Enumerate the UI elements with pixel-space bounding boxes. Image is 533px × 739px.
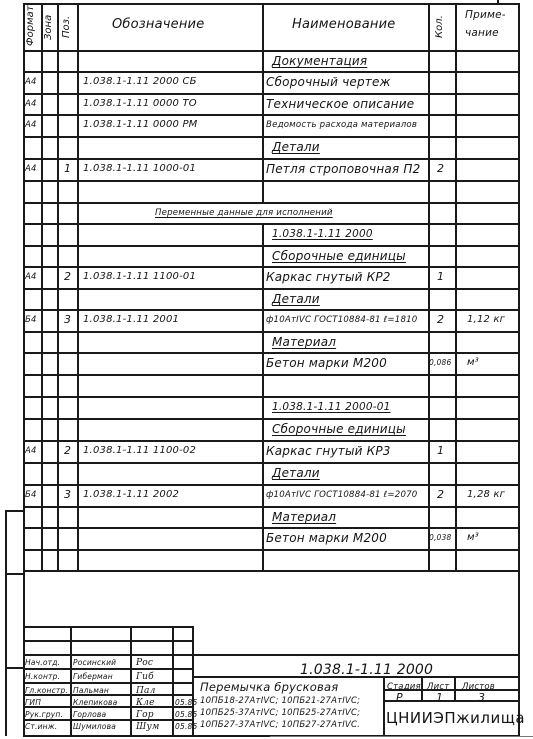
header-format: Формат — [25, 5, 36, 46]
row-line — [23, 418, 518, 420]
signature: Шум — [136, 720, 160, 734]
cell-name: Каркас гнутый КР3 — [266, 444, 391, 458]
cell-qty: 2 — [437, 313, 444, 327]
signer-role: Ст.инж. — [25, 720, 57, 734]
row-line — [23, 462, 518, 464]
cell-name: ф10АтIVС ГОСТ10884-81 ℓ=1810 — [266, 313, 417, 327]
cell-name: Петля строповочная П2 — [266, 162, 420, 176]
cell-pos: 2 — [64, 444, 71, 458]
cell-name: Бетон марки М200 — [266, 356, 387, 370]
doc-title-line-3: 10ПБ27-37АтIVС; 10ПБ27-27АтIVС. — [200, 718, 360, 732]
cell-designation: 1.038.1-1.11 1000-01 — [83, 162, 196, 176]
cell-qty: 0,086 — [429, 356, 451, 370]
cell-name: Сборочный чертеж — [266, 75, 391, 89]
row-line — [23, 71, 518, 73]
signer-name: Шумилова — [73, 720, 116, 734]
cell-format: А4 — [25, 444, 37, 458]
row-line — [23, 309, 518, 311]
cell-qty: 0,038 — [429, 531, 451, 545]
signature: Гиб — [136, 670, 154, 684]
signer-role: Нач.отд. — [25, 656, 60, 670]
stage-label: Стадия — [387, 680, 421, 694]
column-line — [262, 223, 264, 570]
cell-name: Каркас гнутый КР2 — [266, 270, 391, 284]
header-pos: Поз. — [61, 16, 72, 38]
row-line — [23, 352, 518, 354]
cell-format: А4 — [25, 162, 37, 176]
cell-designation: 1.038.1-1.11 2001 — [83, 313, 179, 327]
row-line — [23, 202, 518, 204]
sign-date: 05.85 — [175, 720, 197, 734]
cell-format: Б4 — [25, 488, 37, 502]
bottom-border-fragment — [270, 736, 533, 737]
cell-note: 1,12 кг — [467, 313, 505, 327]
signature: Рос — [136, 656, 153, 670]
row-line — [23, 549, 518, 551]
cell-qty: 2 — [437, 488, 444, 502]
cell-pos: 1 — [64, 162, 71, 176]
margin-line — [5, 510, 7, 736]
cell-qty: 2 — [437, 162, 444, 176]
signer-role: Н.контр. — [25, 670, 60, 684]
cell-name: Материал — [272, 335, 336, 349]
cell-pos: 2 — [64, 270, 71, 284]
row-line — [23, 114, 518, 116]
title-column-line — [172, 626, 174, 735]
margin-line — [5, 573, 23, 575]
title-line — [23, 626, 192, 628]
signer-name: Гиберман — [73, 670, 113, 684]
margin-line — [5, 510, 23, 512]
column-line — [455, 3, 457, 570]
row-line — [23, 288, 518, 290]
cell-qty: 1 — [437, 444, 444, 458]
cell-designation: 1.038.1-1.11 1100-01 — [83, 270, 196, 284]
title-column-line — [383, 676, 385, 735]
cell-note: 1,28 кг — [467, 488, 505, 502]
row-line — [23, 396, 518, 398]
header-zone: Зона — [43, 15, 54, 40]
column-line — [428, 3, 430, 570]
cell-name: Материал — [272, 510, 336, 524]
header-qty: Кол. — [434, 15, 445, 38]
frame-tick — [497, 0, 499, 4]
header-name: Наименование — [292, 18, 395, 32]
title-line — [383, 700, 518, 702]
row-line — [23, 136, 518, 138]
cell-designation: 1.038.1-1.11 1100-02 — [83, 444, 196, 458]
cell-qty: 1 — [437, 270, 444, 284]
sheet-value: 1 — [436, 691, 443, 705]
title-column-line — [454, 676, 456, 700]
row-line — [23, 223, 518, 225]
cell-name: Детали — [272, 292, 320, 306]
cell-designation: 1.038.1-1.11 0000 ТО — [83, 97, 197, 111]
cell-note: м³ — [467, 531, 479, 545]
cell-name: 1.038.1-1.11 2000-01 — [272, 400, 390, 414]
sheets-value: 3 — [478, 691, 485, 705]
row-line — [23, 440, 518, 442]
row-line — [23, 158, 518, 160]
row-line — [23, 93, 518, 95]
cell-format: А4 — [25, 75, 37, 89]
cell-name: ф10АтIVС ГОСТ10884-81 ℓ=2070 — [266, 488, 417, 502]
title-column-line — [130, 626, 132, 735]
cell-designation: 1.038.1-1.11 2000 СБ — [83, 75, 197, 89]
cell-name: Сборочные единицы — [272, 422, 406, 436]
column-line — [57, 3, 59, 570]
header-designation: Обозначение — [112, 18, 204, 32]
cell-designation: 1.038.1-1.11 2002 — [83, 488, 179, 502]
column-line — [262, 3, 264, 202]
cell-format: Б4 — [25, 313, 37, 327]
cell-name: Документация — [272, 54, 367, 68]
cell-pos: 3 — [64, 488, 71, 502]
row-line — [23, 180, 518, 182]
cell-format: А4 — [25, 97, 37, 111]
organization: ЦНИИЭПжилища — [386, 711, 525, 725]
row-line — [23, 245, 518, 247]
cell-designation: 1.038.1-1.11 0000 РМ — [83, 118, 198, 132]
row-line — [23, 374, 518, 376]
column-line — [41, 3, 43, 570]
cell-pos: 3 — [64, 313, 71, 327]
doc-title: Перемычка брусковая — [200, 680, 338, 694]
header-note-2: чание — [465, 26, 499, 40]
margin-line — [5, 667, 23, 669]
row-line — [23, 570, 518, 572]
title-column-line — [70, 626, 72, 735]
cell-name: Детали — [272, 466, 320, 480]
row-line — [23, 331, 518, 333]
cell-format: А4 — [25, 270, 37, 284]
column-line — [77, 3, 79, 570]
specification-sheet: Формат Зона Поз. Обозначение Наименовани… — [0, 0, 533, 739]
row-line — [23, 527, 518, 529]
cell-name: Бетон марки М200 — [266, 531, 387, 545]
cell-name: Переменные данные для исполнений — [155, 206, 333, 220]
cell-name: Ведомость расхода материалов — [266, 118, 417, 132]
cell-name: 1.038.1-1.11 2000 — [272, 227, 373, 241]
signer-name: Росинский — [73, 656, 116, 670]
frame-top — [23, 3, 518, 5]
cell-format: А4 — [25, 118, 37, 132]
stage-value: Р — [396, 691, 403, 705]
title-column-line — [421, 676, 423, 700]
cell-name: Сборочные единицы — [272, 249, 406, 263]
frame-right — [518, 3, 520, 736]
row-line — [23, 484, 518, 486]
header-note-1: Приме- — [465, 8, 506, 22]
row-line — [23, 50, 518, 52]
row-line — [23, 266, 518, 268]
cell-name: Техническое описание — [266, 97, 414, 111]
doc-code: 1.038.1-1.11 2000 — [300, 663, 433, 677]
row-line — [23, 506, 518, 508]
cell-note: м³ — [467, 356, 479, 370]
cell-name: Детали — [272, 140, 320, 154]
title-line — [23, 640, 192, 642]
